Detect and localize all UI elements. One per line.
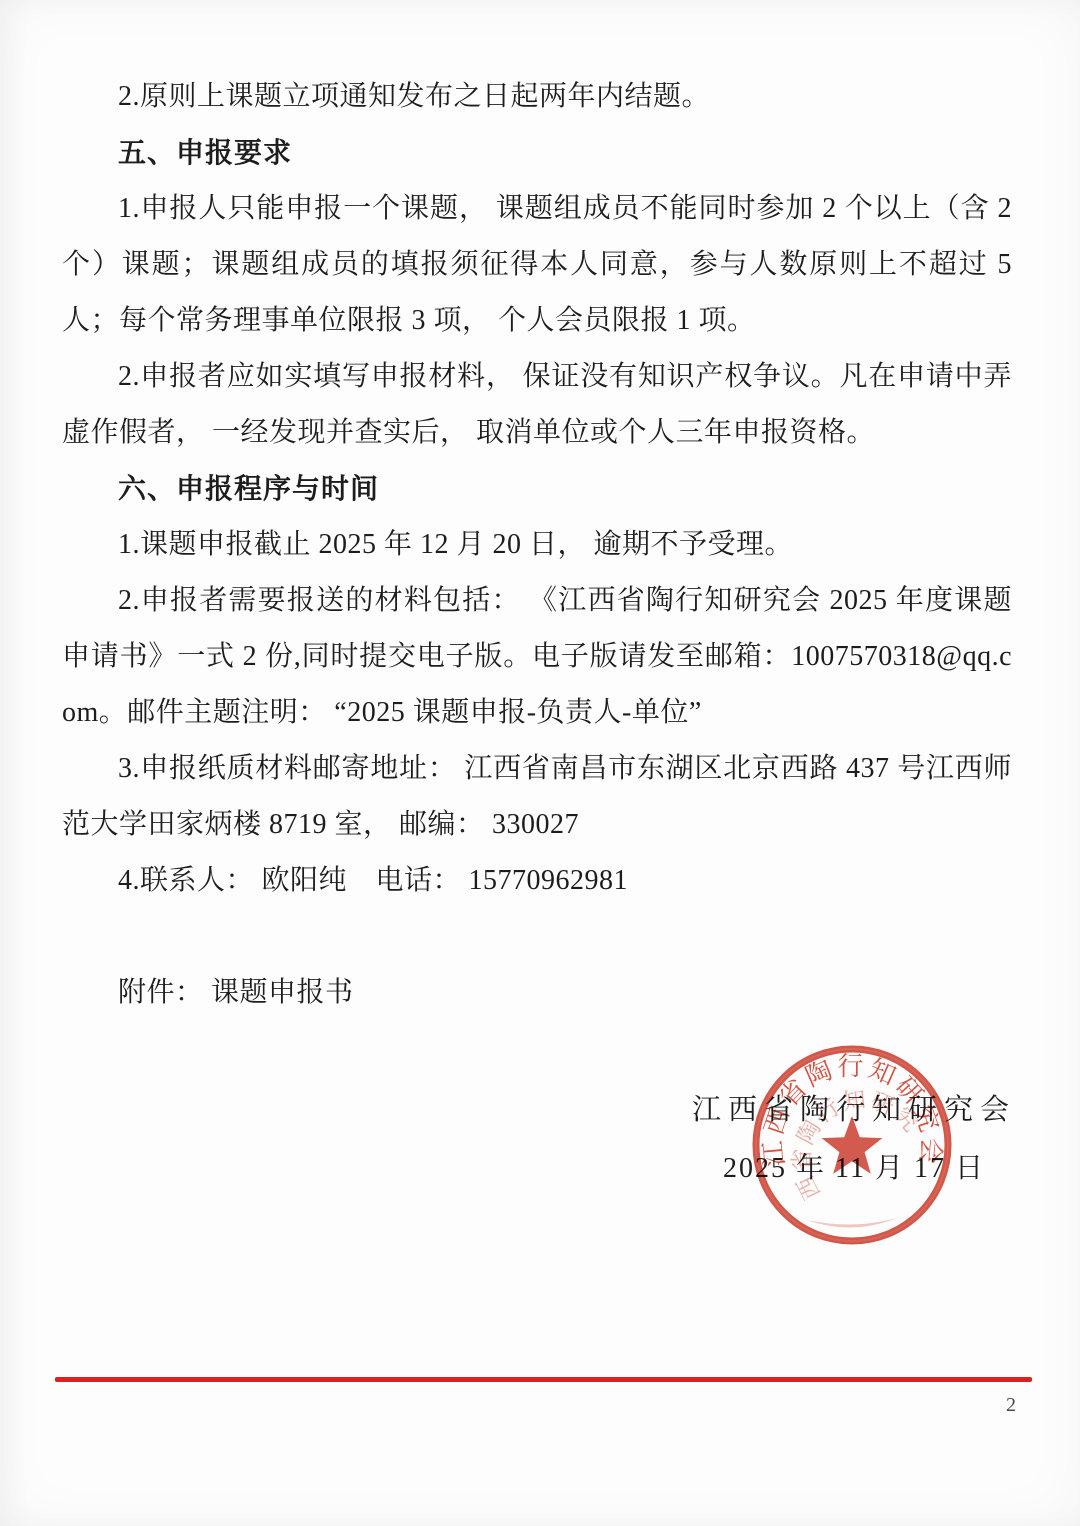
paragraph: 附件： 课题申报书 (62, 965, 1012, 1021)
document-page: 2.原则上课题立项通知发布之日起两年内结题。五、申报要求1.申报人只能申报一个课… (0, 0, 1080, 1526)
section-heading: 五、申报要求 (62, 125, 1012, 181)
paragraph: 1.申报人只能申报一个课题， 课题组成员不能同时参加 2 个以上（含 2 个）课… (62, 181, 1012, 349)
document-body: 2.原则上课题立项通知发布之日起两年内结题。五、申报要求1.申报人只能申报一个课… (62, 69, 1012, 1021)
signature-organization: 江西省陶行知研究会 (692, 1082, 1016, 1138)
section-heading: 六、申报程序与时间 (62, 461, 1012, 517)
paragraph: 3.申报纸质材料邮寄地址： 江西省南昌市东湖区北京西路 437 号江西师范大学田… (62, 741, 1012, 853)
paragraph: 4.联系人： 欧阳纯 电话： 15770962981 (62, 853, 1012, 909)
page-number: 2 (1006, 1394, 1016, 1417)
signature-date: 2025 年 11 月 17 日 (692, 1138, 1016, 1200)
paragraph: 2.原则上课题立项通知发布之日起两年内结题。 (62, 69, 1012, 125)
paragraph: 2.申报者需要报送的材料包括： 《江西省陶行知研究会 2025 年度课题申请书》… (62, 573, 1012, 741)
signature-block: 江西省陶行知研究会 2025 年 11 月 17 日 (692, 1082, 1016, 1200)
paragraph: 1.课题申报截止 2025 年 12 月 20 日， 逾期不予受理。 (62, 517, 1012, 573)
paragraph: 2.申报者应如实填写申报材料， 保证没有知识产权争议。凡在申请中弄虚作假者， 一… (62, 349, 1012, 461)
footer-divider-rule (55, 1377, 1032, 1382)
